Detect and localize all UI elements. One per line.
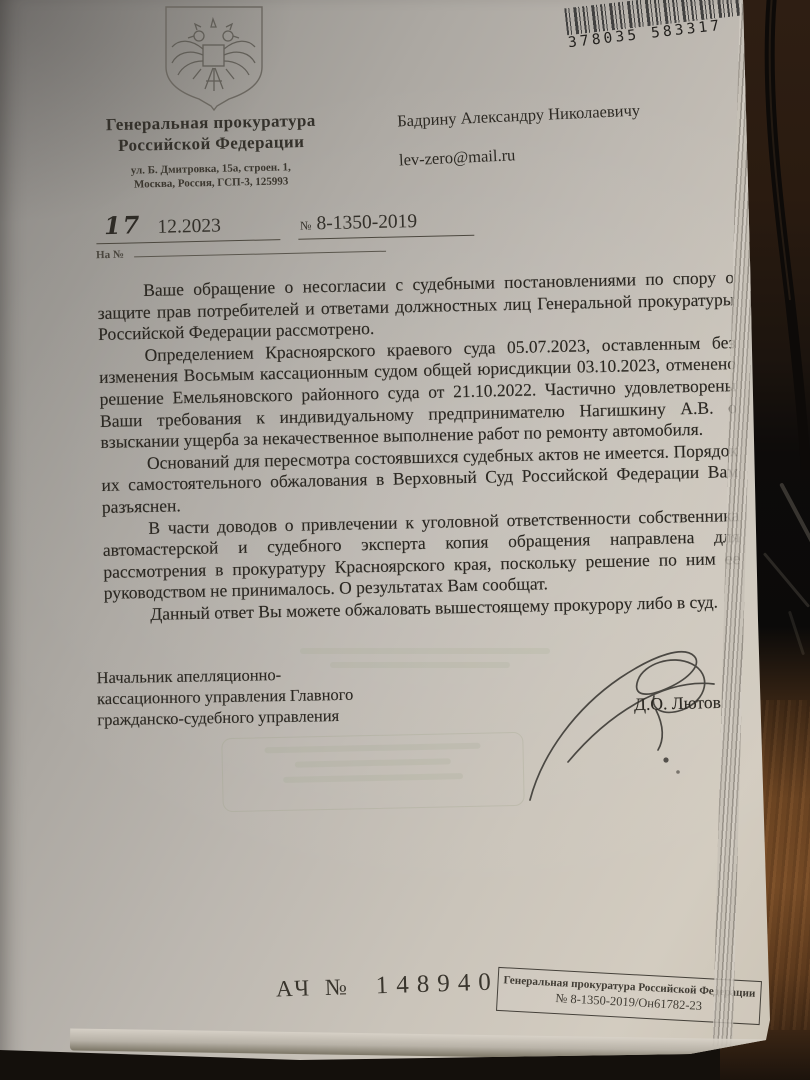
number-sign: № [300,218,312,232]
paragraph: Определением Красноярского краевого суда… [98,332,737,454]
printed-date: 12.2023 [157,215,221,237]
handwritten-signature [516,634,754,806]
letter-page: 378035 583317 Генеральная прокуратура [0,0,810,1080]
date-number-line: 17 12.2023 № 8-1350-2019 [96,203,475,245]
date-cell: 17 12.2023 [96,207,281,244]
bleedthrough-text [300,648,550,654]
handwritten-day: 17 [104,210,142,240]
series-number: 148940 [375,969,499,1000]
page-stack-edge-bottom [70,1028,772,1061]
form-series-number: АЧ № 148940 [276,969,500,1004]
recipient-block: Бадрину Александру Николаевичу lev-zero@… [397,101,642,171]
recipient-email: lev-zero@mail.ru [399,139,643,170]
organization-name: Генеральная прокуратура Российской Федер… [75,110,348,157]
recipient-name: Бадрину Александру Николаевичу [397,101,641,132]
series-label: АЧ № [276,974,353,1001]
outgoing-number: 8-1350-2019 [316,211,417,234]
bleedthrough-text [330,662,510,668]
organization-address: ул. Б. Дмитровка, 15а, строен. 1, Москва… [75,159,348,193]
bleedthrough-stamp [221,732,524,812]
signer-title: Начальник апелляционно- кассационного уп… [96,663,353,730]
reference-label: На № [96,249,124,262]
barcode: 378035 583317 [564,0,768,51]
outgoing-number-cell: № 8-1350-2019 [298,210,475,240]
paragraph: В части доводов о привлечении к уголовно… [102,505,741,605]
coat-of-arms-icon [157,3,271,113]
photographed-letter: 378035 583317 Генеральная прокуратура [0,0,810,1080]
letter-body: Ваше обращение о несогласии с судебными … [97,267,741,626]
signer-title-line3: гражданско-судебного управления [97,705,354,730]
signer-name: Д.О. Лютов [634,692,721,715]
